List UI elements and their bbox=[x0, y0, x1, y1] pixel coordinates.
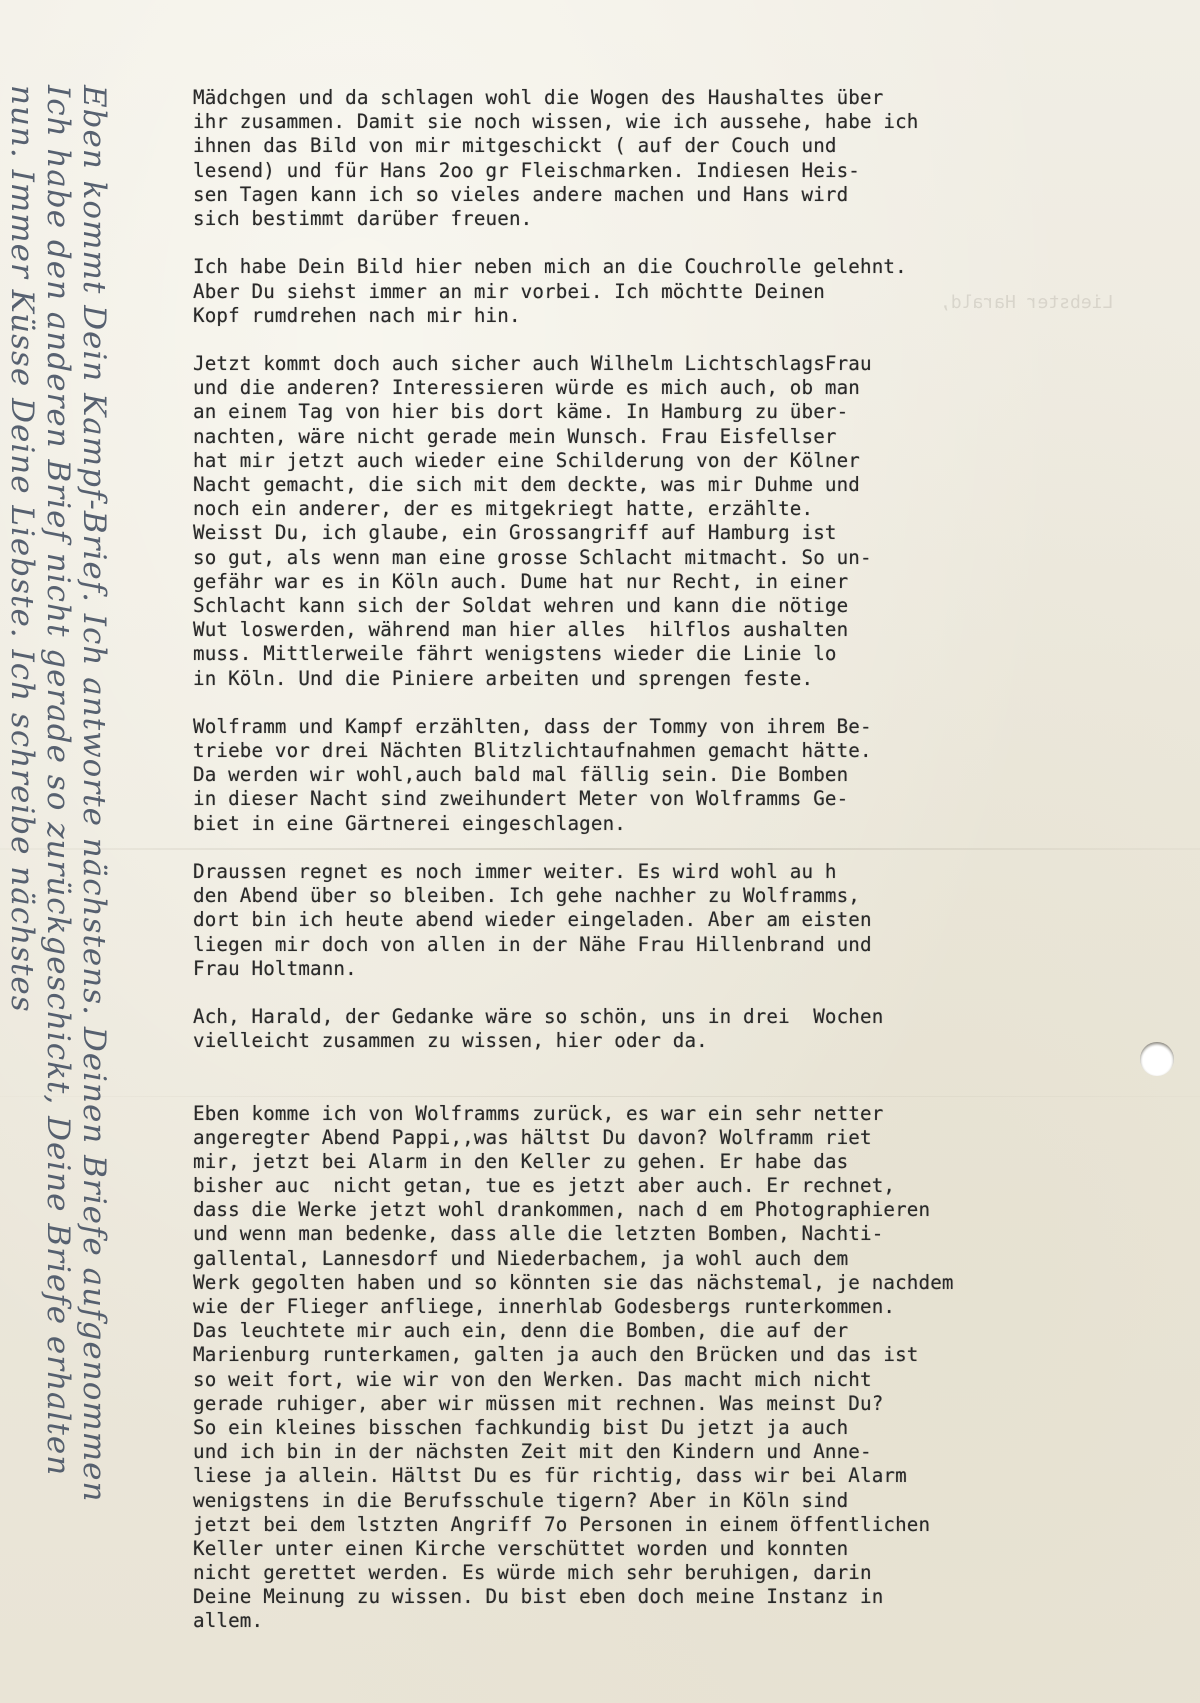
text-line: ihnen das Bild von mir mitgeschickt ( au… bbox=[193, 134, 1093, 158]
text-line: und die anderen? Interessieren würde es … bbox=[193, 376, 1093, 400]
handwritten-margin-note: Eben kommt Dein Kampf-Brief. Ich antwort… bbox=[4, 85, 112, 1703]
text-line: an einem Tag von hier bis dort käme. In … bbox=[193, 400, 1093, 424]
text-line: Schlacht kann sich der Soldat wehren und… bbox=[193, 594, 1093, 618]
text-line: sen Tagen kann ich so vieles andere mach… bbox=[193, 183, 1093, 207]
text-line: und ich bin in der nächsten Zeit mit den… bbox=[193, 1440, 1093, 1464]
text-line: Wut loswerden, während man hier alles hi… bbox=[193, 618, 1093, 642]
paragraph: Mädchgen und da schlagen wohl die Wogen … bbox=[193, 86, 1093, 231]
text-line: triebe vor drei Nächten Blitzlichtaufnah… bbox=[193, 739, 1093, 763]
text-line: wie der Flieger anfliege, innerhlab Gode… bbox=[193, 1295, 1093, 1319]
text-line: Deine Meinung zu wissen. Du bist eben do… bbox=[193, 1585, 1093, 1609]
text-line: angeregter Abend Pappi,,was hältst Du da… bbox=[193, 1126, 1093, 1150]
text-line: jetzt bei dem lstzten Angriff 7o Persone… bbox=[193, 1513, 1093, 1537]
text-line: sich bestimmt darüber freuen. bbox=[193, 207, 1093, 231]
margin-note-line: nun. Immer Küsse Deine Liebste. Ich schr… bbox=[4, 85, 40, 1703]
margin-note-line: Ich habe den anderen Brief nicht gerade … bbox=[40, 85, 76, 1703]
text-line: Weisst Du, ich glaube, ein Grossangriff … bbox=[193, 521, 1093, 545]
text-line: Das leuchtete mir auch ein, denn die Bom… bbox=[193, 1319, 1093, 1343]
text-line: Draussen regnet es noch immer weiter. Es… bbox=[193, 860, 1093, 884]
text-line: Jetzt kommt doch auch sicher auch Wilhel… bbox=[193, 352, 1093, 376]
text-line: Da werden wir wohl,auch bald mal fällig … bbox=[193, 763, 1093, 787]
paragraph: Ich habe Dein Bild hier neben mich an di… bbox=[193, 255, 1093, 328]
text-line: gerade ruhiger, aber wir müssen mit rech… bbox=[193, 1392, 1093, 1416]
text-line: nicht gerettet werden. Es würde mich seh… bbox=[193, 1561, 1093, 1585]
letter-page: Liebster Harald, Eben kommt Dein Kampf-B… bbox=[0, 0, 1200, 1703]
text-line: muss. Mittlerweile fährt wenigstens wied… bbox=[193, 642, 1093, 666]
text-line: Mädchgen und da schlagen wohl die Wogen … bbox=[193, 86, 1093, 110]
text-line: noch ein anderer, der es mitgekriegt hat… bbox=[193, 497, 1093, 521]
text-line: So ein kleines bisschen fachkundig bist … bbox=[193, 1416, 1093, 1440]
text-line: biet in eine Gärtnerei eingeschlagen. bbox=[193, 812, 1093, 836]
text-line: vielleicht zusammen zu wissen, hier oder… bbox=[193, 1029, 1093, 1053]
text-line: Kopf rumdrehen nach mir hin. bbox=[193, 304, 1093, 328]
text-line: Keller unter einen Kirche verschüttet wo… bbox=[193, 1537, 1093, 1561]
text-line: und wenn man bedenke, dass alle die letz… bbox=[193, 1222, 1093, 1246]
text-line: liese ja allein. Hältst Du es für richti… bbox=[193, 1464, 1093, 1488]
text-line: mir, jetzt bei Alarm in den Keller zu ge… bbox=[193, 1150, 1093, 1174]
text-line: so weit fort, wie wir von den Werken. Da… bbox=[193, 1368, 1093, 1392]
paragraph: Ach, Harald, der Gedanke wäre so schön, … bbox=[193, 1005, 1093, 1053]
text-line: nachten, wäre nicht gerade mein Wunsch. … bbox=[193, 425, 1093, 449]
text-line: Eben komme ich von Wolframms zurück, es … bbox=[193, 1102, 1093, 1126]
text-line: Ach, Harald, der Gedanke wäre so schön, … bbox=[193, 1005, 1093, 1029]
text-line: gallental, Lannesdorf und Niederbachem, … bbox=[193, 1247, 1093, 1271]
text-line: Marienburg runterkamen, galten ja auch d… bbox=[193, 1343, 1093, 1367]
paragraph: Jetzt kommt doch auch sicher auch Wilhel… bbox=[193, 352, 1093, 691]
text-line: den Abend über so bleiben. Ich gehe nach… bbox=[193, 884, 1093, 908]
typewritten-body: Mädchgen und da schlagen wohl die Wogen … bbox=[193, 86, 1093, 1658]
text-line: Ich habe Dein Bild hier neben mich an di… bbox=[193, 255, 1093, 279]
text-line: dort bin ich heute abend wieder eingelad… bbox=[193, 908, 1093, 932]
text-line: bisher auc nicht getan, tue es jetzt abe… bbox=[193, 1174, 1093, 1198]
text-line: Aber Du siehst immer an mir vorbei. Ich … bbox=[193, 280, 1093, 304]
text-line: hat mir jetzt auch wieder eine Schilderu… bbox=[193, 449, 1093, 473]
text-line: dass die Werke jetzt wohl drankommen, na… bbox=[193, 1198, 1093, 1222]
text-line: so gut, als wenn man eine grosse Schlach… bbox=[193, 546, 1093, 570]
paragraph: Eben komme ich von Wolframms zurück, es … bbox=[193, 1102, 1093, 1634]
text-line: in Köln. Und die Piniere arbeiten und sp… bbox=[193, 667, 1093, 691]
text-line: wenigstens in die Berufsschule tigern? A… bbox=[193, 1489, 1093, 1513]
paragraph: Draussen regnet es noch immer weiter. Es… bbox=[193, 860, 1093, 981]
margin-note-line: Eben kommt Dein Kampf-Brief. Ich antwort… bbox=[76, 85, 112, 1703]
text-line: Werk gegolten haben und so könnten sie d… bbox=[193, 1271, 1093, 1295]
text-line: Frau Holtmann. bbox=[193, 957, 1093, 981]
text-line: Wolframm und Kampf erzählten, dass der T… bbox=[193, 715, 1093, 739]
text-line: in dieser Nacht sind zweihundert Meter v… bbox=[193, 787, 1093, 811]
text-line: liegen mir doch von allen in der Nähe Fr… bbox=[193, 933, 1093, 957]
paragraph: Wolframm und Kampf erzählten, dass der T… bbox=[193, 715, 1093, 836]
text-line: allem. bbox=[193, 1609, 1093, 1633]
text-line: ihr zusammen. Damit sie noch wissen, wie… bbox=[193, 110, 1093, 134]
punch-hole bbox=[1140, 1042, 1174, 1076]
text-line: Nacht gemacht, die sich mit dem deckte, … bbox=[193, 473, 1093, 497]
text-line: gefähr war es in Köln auch. Dume hat nur… bbox=[193, 570, 1093, 594]
text-line: lesend) und für Hans 2oo gr Fleischmarke… bbox=[193, 159, 1093, 183]
